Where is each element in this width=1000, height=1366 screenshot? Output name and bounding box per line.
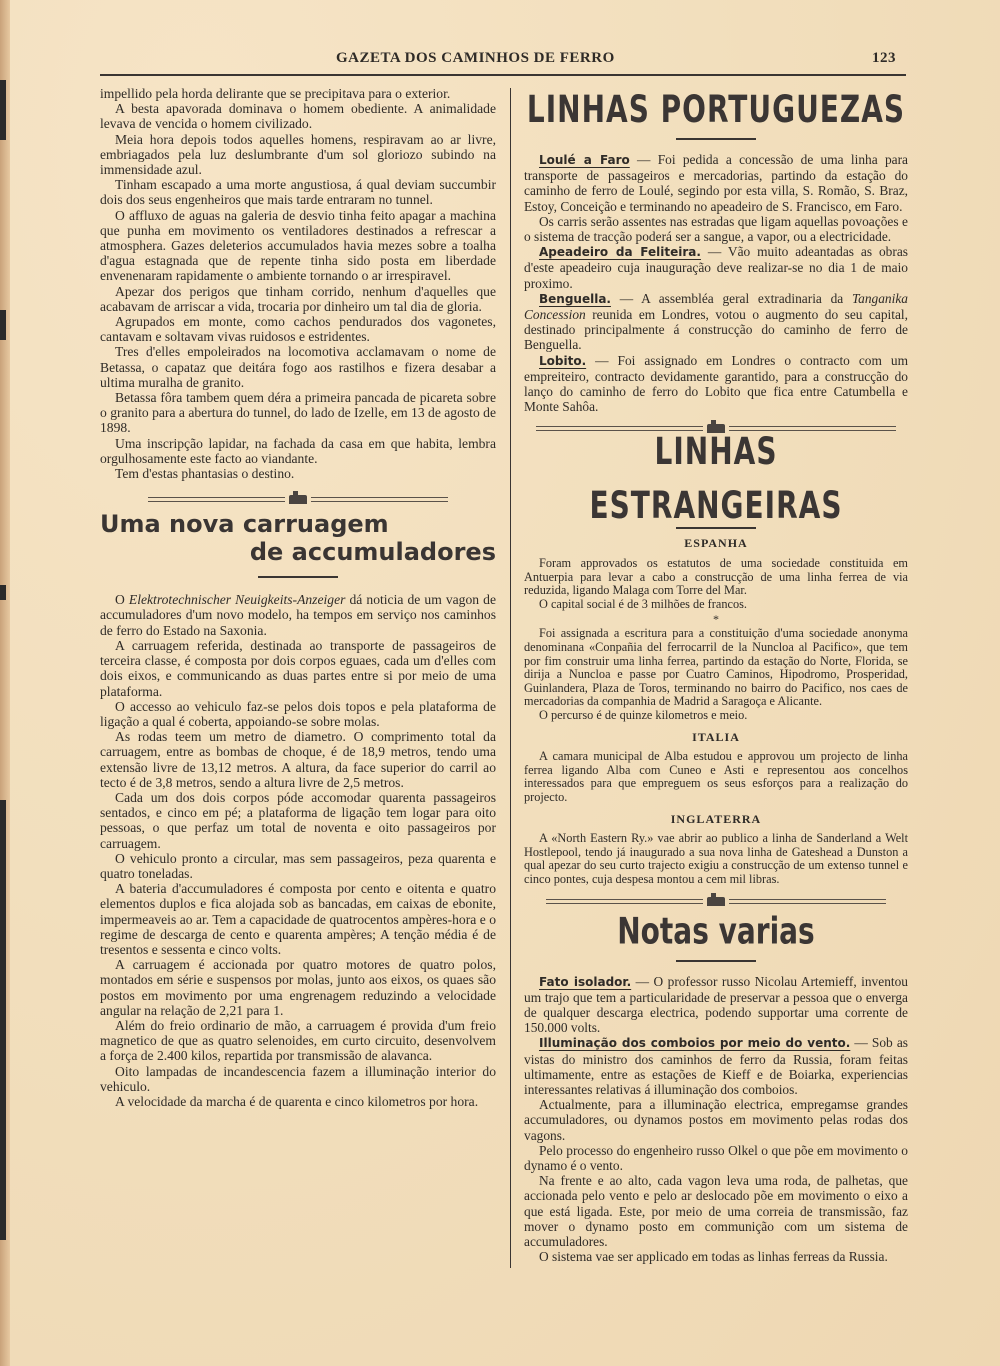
country-heading: ITALIA <box>524 731 908 745</box>
paragraph: Foram approvados os estatutos de uma soc… <box>524 557 908 598</box>
asterisk-separator: * <box>524 613 908 625</box>
paragraph: A velocidade da marcha é de quarenta e c… <box>100 1094 496 1109</box>
publication-name: Elektrotechnischer Neuigkeits-Anzeiger <box>129 592 345 607</box>
news-item: Apeadeiro da Feliteira. — Vão muito adea… <box>524 244 908 291</box>
item-lead: Fato isolador. <box>539 975 631 989</box>
paragraph: Tem d'estas phantasias o destino. <box>100 466 496 481</box>
paragraph: A carruagem é accionada por quatro motor… <box>100 957 496 1018</box>
country-heading: INGLATERRA <box>524 813 908 827</box>
paragraph: Apezar dos perigos que tinham corrido, n… <box>100 284 496 314</box>
article-intro: O Elektrotechnischer Neuigkeits-Anzeiger… <box>100 592 496 638</box>
edge-mark <box>0 80 6 140</box>
header-rule <box>100 74 906 76</box>
edge-mark <box>0 800 6 1240</box>
paragraph: O affluxo de aguas na galeria de desvio … <box>100 208 496 284</box>
article-title: Uma nova carruagem de accumuladores <box>100 510 496 566</box>
paragraph: Na frente e ao alto, cada vagon leva uma… <box>524 1173 908 1249</box>
newspaper-page: GAZETA DOS CAMINHOS DE FERRO 123 impelli… <box>0 0 1000 1366</box>
edge-mark <box>0 310 6 340</box>
news-item: Loulé a Faro — Foi pedida a concessão de… <box>524 152 908 214</box>
paragraph: O percurso é de quinze kilometros e meio… <box>524 709 908 723</box>
publication-title: GAZETA DOS CAMINHOS DE FERRO <box>336 50 615 67</box>
section-ornament <box>148 495 448 504</box>
heading-rule <box>676 138 756 140</box>
paragraph: Uma inscripção lapidar, na fachada da ca… <box>100 436 496 466</box>
news-item: Illuminação dos comboios por meio do ven… <box>524 1035 908 1097</box>
left-column: impellido pela horda delirante que se pr… <box>100 86 496 1109</box>
paragraph: impellido pela horda delirante que se pr… <box>100 86 496 101</box>
paragraph: Meia hora depois todos aquelles homens, … <box>100 132 496 178</box>
title-rule <box>258 576 338 578</box>
right-column: LINHAS PORTUGUEZAS Loulé a Faro — Foi pe… <box>524 86 908 1264</box>
section-heading-notas-varias: Notas varias <box>524 906 908 958</box>
item-lead: Apeadeiro da Feliteira. <box>539 245 701 259</box>
paragraph: O sistema vae ser applicado em todas as … <box>524 1249 908 1264</box>
paragraph: A «North Eastern Ry.» vae abrir ao publi… <box>524 832 908 886</box>
paragraph: Além do freio ordinario de mão, a carrua… <box>100 1018 496 1064</box>
paragraph: Actualmente, para a illuminação electric… <box>524 1097 908 1143</box>
paragraph: A camara municipal de Alba estudou e app… <box>524 750 908 804</box>
paragraph: As rodas teem um metro de diametro. O co… <box>100 729 496 790</box>
paragraph: Tres d'elles empoleirados na locomotiva … <box>100 344 496 390</box>
paragraph: Agrupados em monte, como cachos pendurad… <box>100 314 496 344</box>
item-lead: Loulé a Faro <box>539 153 630 167</box>
item-lead: Illuminação dos comboios por meio do ven… <box>539 1036 850 1050</box>
paragraph: Betassa fôra tambem quem déra a primeira… <box>100 390 496 436</box>
locomotive-icon <box>289 495 307 504</box>
locomotive-icon <box>707 897 725 906</box>
paragraph: Cada um dos dois corpos póde accomodar q… <box>100 790 496 851</box>
paragraph: O capital social é de 3 milhões de franc… <box>524 598 908 612</box>
paragraph: Foi assignada a escritura para a constit… <box>524 627 908 709</box>
paragraph: O vehiculo pronto a circular, mas sem pa… <box>100 851 496 881</box>
paragraph: Pelo processo do engenheiro russo Olkel … <box>524 1143 908 1173</box>
column-divider <box>510 88 511 1268</box>
news-item: Lobito. — Foi assignado em Londres o con… <box>524 353 908 415</box>
paragraph: Os carris serão assentes nas estradas qu… <box>524 214 908 244</box>
country-heading: ESPANHA <box>524 537 908 551</box>
running-head: GAZETA DOS CAMINHOS DE FERRO 123 <box>100 50 908 72</box>
news-item: Fato isolador. — O professor russo Nicol… <box>524 974 908 1036</box>
page-number: 123 <box>872 50 896 67</box>
item-lead: Benguella. <box>539 292 611 306</box>
foreign-news: ESPANHA Foram approvados os estatutos de… <box>524 537 908 886</box>
paragraph: O accesso ao vehiculo faz-se pelos dois … <box>100 699 496 729</box>
paragraph: Oito lampadas de incandescencia fazem a … <box>100 1064 496 1094</box>
paragraph: A besta apavorada dominava o homem obedi… <box>100 101 496 131</box>
item-lead: Lobito. <box>539 354 586 368</box>
edge-mark <box>0 585 6 600</box>
heading-rule <box>676 960 756 962</box>
section-ornament <box>546 897 886 906</box>
news-item: Benguella. — A assembléa geral extradina… <box>524 291 908 353</box>
section-heading-linhas-estrangeiras: LINHAS ESTRANGEIRAS <box>524 425 908 533</box>
paragraph: A bateria d'accumuladores é composta por… <box>100 881 496 957</box>
section-heading-linhas-portuguezas: LINHAS PORTUGUEZAS <box>524 83 908 137</box>
paragraph: Tinham escapado a uma morte angustiosa, … <box>100 177 496 207</box>
paragraph: A carruagem referida, destinada ao trans… <box>100 638 496 699</box>
